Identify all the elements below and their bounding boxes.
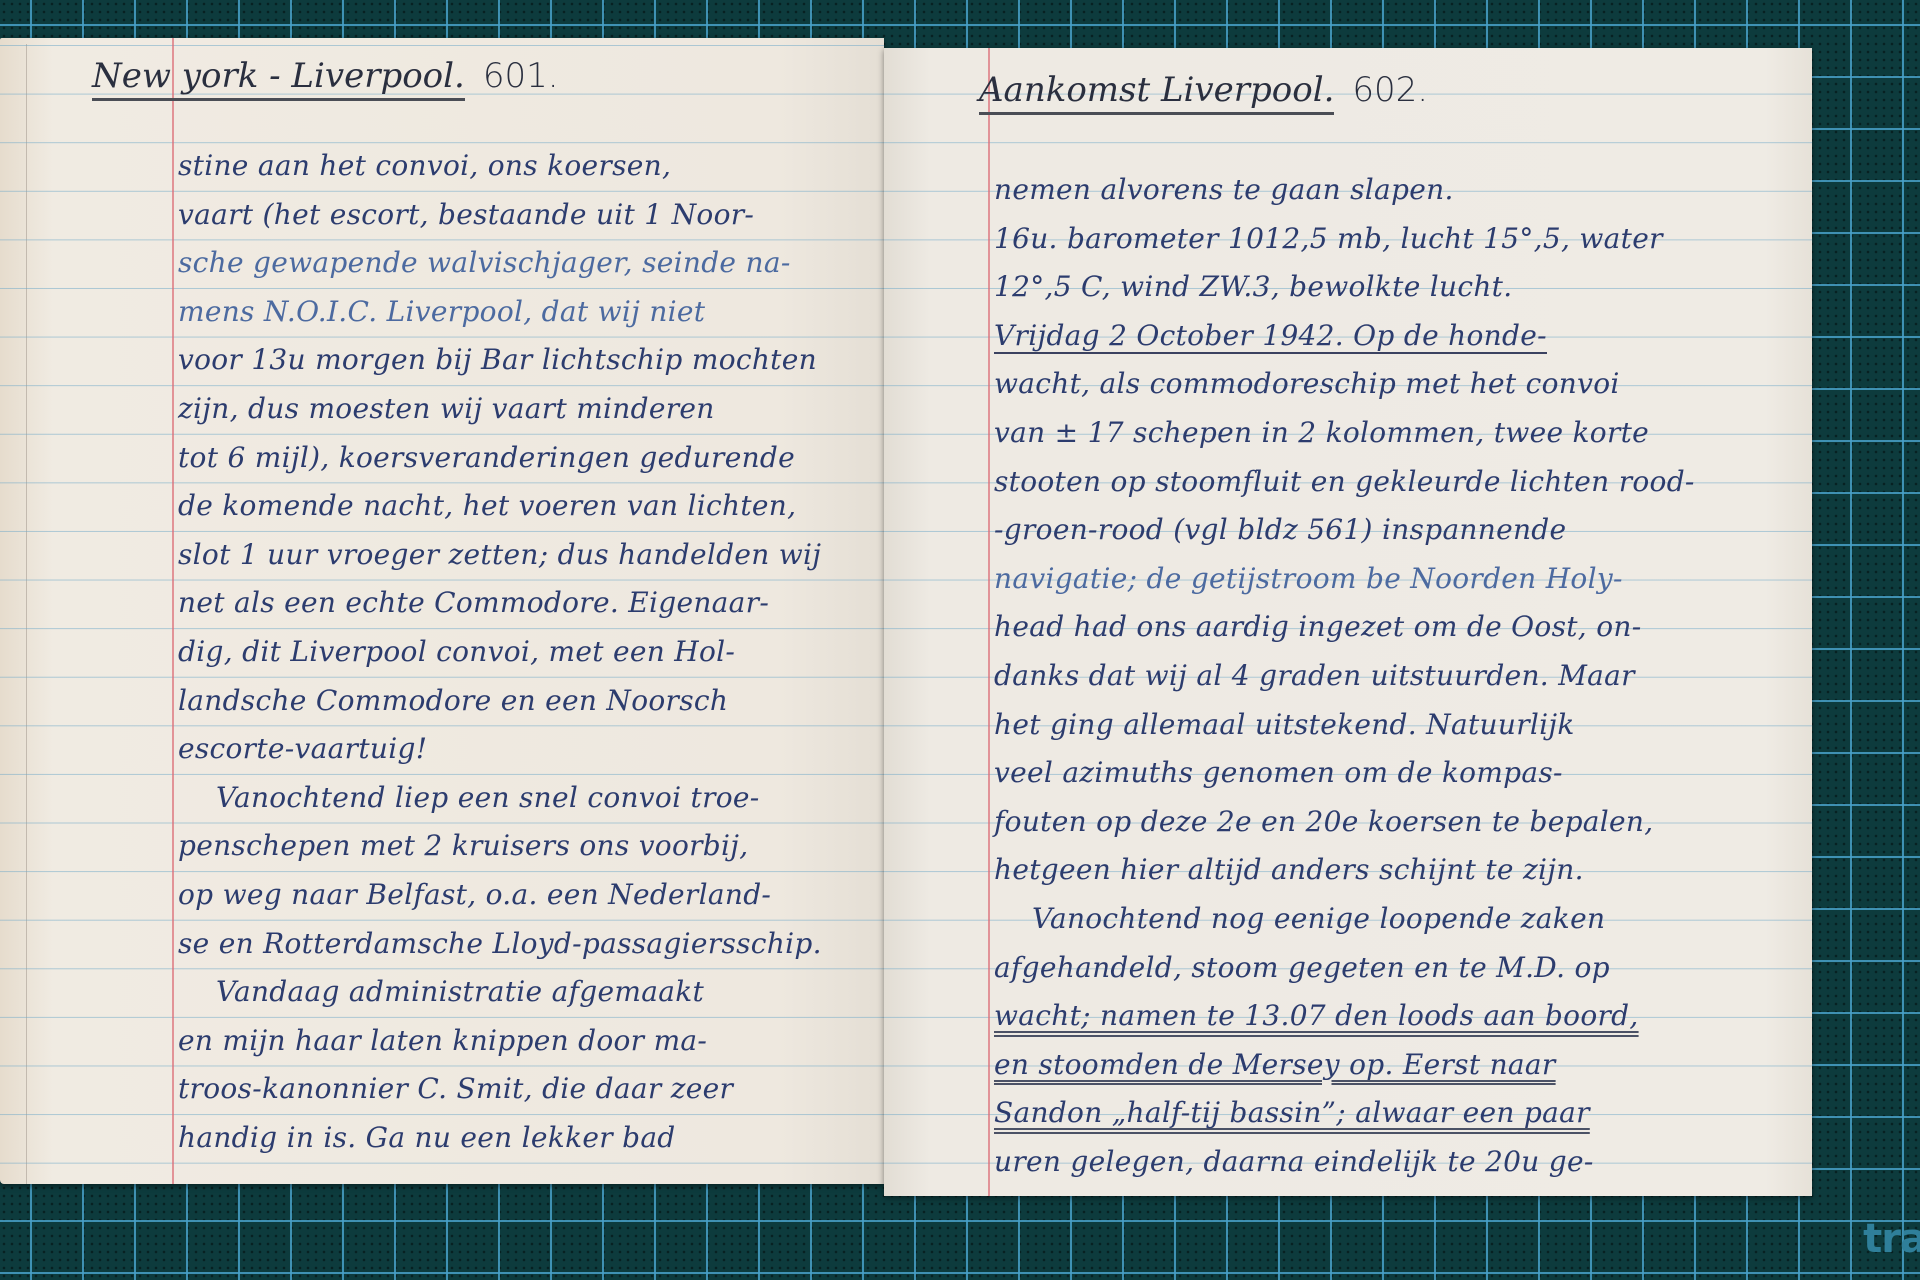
text-line: tot 6 mijl), koersveranderingen gedurend… [178,434,878,483]
text-line: stine aan het convoi, ons koersen, [178,142,878,191]
text-line: troos-kanonnier C. Smit, die daar zeer [178,1065,878,1114]
text-line: landsche Commodore en een Noorsch [178,677,878,726]
page-number: 602. [1352,70,1428,110]
text-line: Vanochtend liep een snel convoi troe- [178,774,878,823]
text-line: mens N.O.I.C. Liverpool, dat wij niet [178,288,878,337]
text-line: Sandon „half-tij bassin”; alwaar een paa… [994,1089,1794,1138]
text-line: dig, dit Liverpool convoi, met een Hol- [178,628,878,677]
text-line: vaart (het escort, bestaande uit 1 Noor- [178,191,878,240]
page-number: 601. [483,56,559,96]
text-line: penschepen met 2 kruisers ons voorbij, [178,822,878,871]
text-line: Vandaag administratie afgemaakt [178,968,878,1017]
date-entry-line: Vrijdag 2 October 1942. Op de honde- [994,312,1794,361]
text-line: sche gewapende walvischjager, seinde na- [178,239,878,288]
margin-line [988,48,990,1196]
text-line: stooten op stoomfluit en gekleurde licht… [994,458,1794,507]
watermark: tra [1863,1216,1920,1262]
underlined-text: Sandon „half-tij bassin”; alwaar een paa… [994,1096,1590,1129]
text-line: en stoomden de Mersey op. Eerst naar [994,1041,1794,1090]
open-notebook: New york - Liverpool.601. stine aan het … [0,38,1812,1198]
page-heading: Aankomst Liverpool.602. [979,70,1428,110]
text-line: op weg naar Belfast, o.a. een Nederland- [178,871,878,920]
text-line: se en Rotterdamsche Lloyd-passagiersschi… [178,920,878,969]
text-line: 12°,5 C, wind ZW.3, bewolkte lucht. [994,263,1794,312]
handwritten-text: stine aan het convoi, ons koersen, vaart… [178,142,878,1162]
text-line: van ± 17 schepen in 2 kolommen, twee kor… [994,409,1794,458]
text-line: 16u. barometer 1012,5 mb, lucht 15°,5, w… [994,215,1794,264]
handwritten-text: nemen alvorens te gaan slapen. 16u. baro… [994,166,1794,1186]
page-edge [26,44,27,1184]
page-title: Aankomst Liverpool. [979,70,1334,115]
date-heading: Vrijdag 2 October 1942. Op de honde- [994,319,1547,354]
text-line: fouten op deze 2e en 20e koersen te bepa… [994,798,1794,847]
margin-line [172,38,174,1184]
text-line: -groen-rood (vgl bldz 561) inspannende [994,506,1794,555]
text-line: het ging allemaal uitstekend. Natuurlijk [994,701,1794,750]
text-line: hetgeen hier altijd anders schijnt te zi… [994,846,1794,895]
text-line: uren gelegen, daarna eindelijk te 20u ge… [994,1138,1794,1187]
left-page: New york - Liverpool.601. stine aan het … [0,38,884,1184]
text-line: en mijn haar laten knippen door ma- [178,1017,878,1066]
text-line: afgehandeld, stoom gegeten en te M.D. op [994,944,1794,993]
page-title: New york - Liverpool. [92,56,465,101]
underlined-text: wacht; namen te 13.07 den loods aan boor… [994,999,1639,1032]
text-line: danks dat wij al 4 graden uitstuurden. M… [994,652,1794,701]
text-line: slot 1 uur vroeger zetten; dus handelden… [178,531,878,580]
text-line: head had ons aardig ingezet om de Oost, … [994,603,1794,652]
underlined-text: en stoomden de Mersey op. Eerst naar [994,1048,1556,1081]
text-line: Vanochtend nog eenige loopende zaken [994,895,1794,944]
text-line: veel azimuths genomen om de kompas- [994,749,1794,798]
text-line: zijn, dus moesten wij vaart minderen [178,385,878,434]
right-page: Aankomst Liverpool.602. nemen alvorens t… [884,48,1812,1196]
text-line: navigatie; de getijstroom be Noorden Hol… [994,555,1794,604]
page-heading: New york - Liverpool.601. [92,56,559,96]
text-line: net als een echte Commodore. Eigenaar- [178,579,878,628]
text-line: voor 13u morgen bij Bar lichtschip mocht… [178,336,878,385]
text-line: wacht; namen te 13.07 den loods aan boor… [994,992,1794,1041]
text-line: escorte-vaartuig! [178,725,878,774]
text-line: wacht, als commodoreschip met het convoi [994,360,1794,409]
text-line: nemen alvorens te gaan slapen. [994,166,1794,215]
text-line: de komende nacht, het voeren van lichten… [178,482,878,531]
text-line: handig in is. Ga nu een lekker bad [178,1114,878,1163]
